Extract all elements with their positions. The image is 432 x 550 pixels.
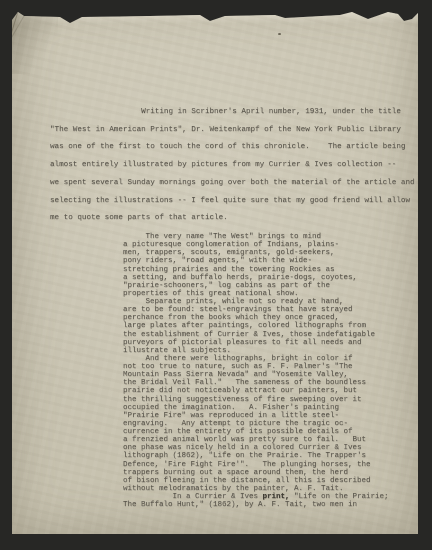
typewritten-line: "Prairie Fire" was reproduced in a littl… [123, 412, 389, 420]
typewritten-line: almost entirely illustrated by pictures … [50, 157, 415, 175]
fold-shading [12, 10, 58, 74]
typewritten-line: of bison fleeing in the distance, all th… [123, 477, 389, 485]
typewritten-line: currence in the entirety of its possible… [123, 428, 389, 436]
typewritten-line: prairie did not noticeably attract our p… [123, 387, 389, 395]
typewritten-line: occupied the imagination. A. Fisher's pa… [123, 404, 389, 412]
typewritten-line: Separate prints, while not so ready at h… [123, 298, 389, 306]
typewritten-line: large plates after paintings, colored li… [123, 322, 389, 330]
fold-crease [3, 13, 18, 59]
typewritten-line: stretching prairies and the towering Roc… [123, 266, 389, 274]
typewritten-line: Defence, 'Fire Fight Fire'". The plungin… [123, 461, 389, 469]
typewritten-line: In a Currier & Ives print, "Life on the … [123, 493, 389, 501]
typewritten-line: "prairie-schooners," log cabins as part … [123, 282, 389, 290]
typewritten-line: a setting, and buffalo herds, prairie-do… [123, 274, 389, 282]
opening-paragraph: Writing in Scribner's April number, 1931… [50, 104, 415, 228]
typewritten-line: we spent several Sunday mornings going o… [50, 175, 415, 193]
typewritten-line: me to quote some parts of that article. [50, 210, 415, 228]
typewritten-line: The Buffalo Hunt," (1862), by A. F. Tait… [123, 501, 389, 509]
typewritten-line: without melodramatics by the painter, A.… [123, 485, 389, 493]
ink-speck [278, 33, 281, 35]
typewritten-line: lithograph (1862), "Life on the Prairie.… [123, 452, 389, 460]
document-page: Writing in Scribner's April number, 1931… [12, 0, 418, 534]
typewritten-line: the thrilling suggestiveness of fire swe… [123, 396, 389, 404]
typewritten-line: properties of this great national show. [123, 290, 389, 298]
typewritten-line: pony riders, "road agents," with the wid… [123, 257, 389, 265]
quoted-article-excerpt: The very name "The West" brings to minda… [123, 233, 389, 509]
typewritten-line: The very name "The West" brings to mind [123, 233, 389, 241]
typewritten-line: purveyors of pictorial pleasures to fit … [123, 339, 389, 347]
typewritten-line: Writing in Scribner's April number, 1931… [50, 104, 415, 122]
typewritten-line: the establishment of Currier & Ives, tho… [123, 331, 389, 339]
typewritten-line: engraving. Any attempt to picture the tr… [123, 420, 389, 428]
typewritten-line: And there were lithographs, bright in co… [123, 355, 389, 363]
typewritten-line: "The West in American Prints", Dr. Weite… [50, 122, 415, 140]
typewritten-line: illustrate all subjects. [123, 347, 389, 355]
typewritten-line: was one of the first to touch the cord o… [50, 139, 415, 157]
scan-background: { "page": { "background_color": "#272725… [0, 0, 432, 550]
fold-crease [0, 15, 25, 61]
typewritten-line: not too true to nature, such as F. F. Pa… [123, 363, 389, 371]
typewritten-line: selecting the illustrations -- I feel qu… [50, 193, 415, 211]
typewritten-line: trappers burning out a space around them… [123, 469, 389, 477]
